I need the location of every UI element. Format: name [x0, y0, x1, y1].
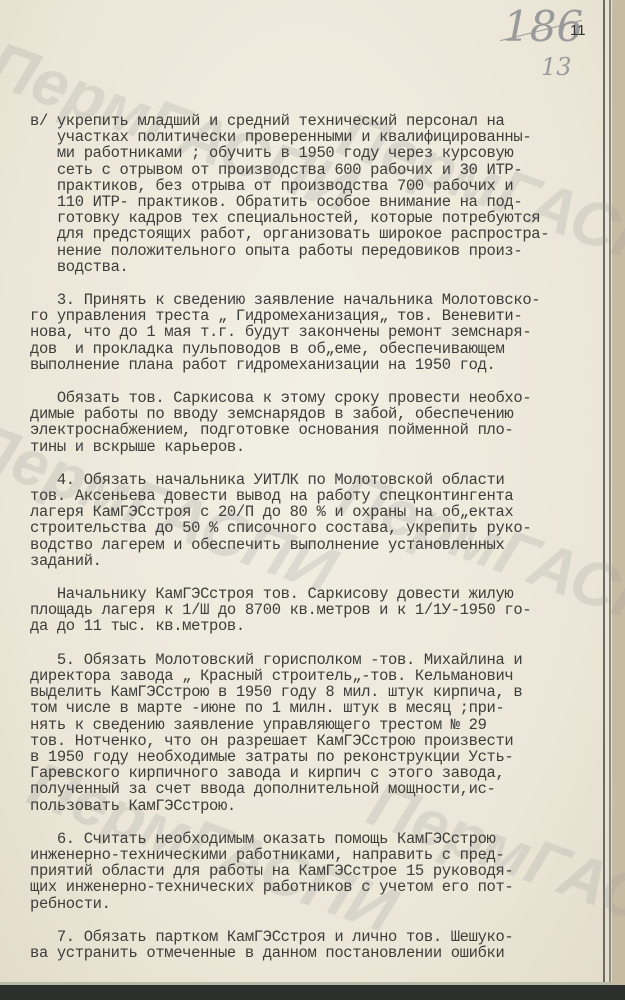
text-line: сеть с отрывом от производства 600 рабоч…: [30, 162, 595, 178]
text-line: ми работниками ; обучить в 1950 году чер…: [30, 145, 595, 161]
paragraph-p3: 3. Принять к сведению заявление начальни…: [30, 292, 595, 373]
text-line: площадь лагеря к 1/Ш до 8700 кв.метров и…: [30, 602, 595, 618]
text-line: водство лагерем и обеспечить выполнение …: [30, 537, 595, 553]
text-line: заданий.: [30, 553, 595, 569]
text-line: выделить КамГЭСстрою в 1950 году 8 мил. …: [30, 684, 595, 700]
text-line: го управления треста „ Гидромеханизация„…: [30, 308, 595, 324]
text-line: тов. Аксеньева довести вывод на работу с…: [30, 488, 595, 504]
text-line: директора завода „ Красный строитель„-то…: [30, 668, 595, 684]
text-line: 110 ИТР- практиков. Обратить особое вним…: [30, 194, 595, 210]
paragraph-p6: 6. Считать необходимым оказать помощь Ка…: [30, 831, 595, 912]
paragraph-p5: 5. Обязать Молотовский горисполком -тов.…: [30, 652, 595, 814]
text-line: ребности.: [30, 896, 595, 912]
text-line: тов. Нотченко, что он разрешает КамГЭСст…: [30, 733, 595, 749]
text-line: лагеря КамГЭСстроя с 20/П до 80 % и охра…: [30, 504, 595, 520]
scan-background: [0, 985, 625, 1000]
text-line: нова, что до 1 мая т.г. будут закончены …: [30, 324, 595, 340]
page-edge: [603, 0, 605, 985]
text-line: 5. Обязать Молотовский горисполком -тов.…: [30, 652, 595, 668]
text-line: готовку кадров тех специальностей, котор…: [30, 210, 595, 226]
text-line: том числе в марте -июне по 1 милн. штук …: [30, 700, 595, 716]
text-line: приятий области для работы на КамГЭСстро…: [30, 863, 595, 879]
text-line: инженерно-техническими работниками, напр…: [30, 847, 595, 863]
text-line: щих инженерно-технических работников с у…: [30, 879, 595, 895]
text-line: Гаревского кирпичного завода и кирпич с …: [30, 765, 595, 781]
text-line: пользовать КамГЭСстрою.: [30, 798, 595, 814]
paragraph-p3b: Обязать тов. Саркисова к этому сроку про…: [30, 390, 595, 455]
text-line: нять к сведению заявление управляющего т…: [30, 717, 595, 733]
text-line: Начальнику КамГЭСстроя тов. Саркисову до…: [30, 586, 595, 602]
page-edge: [609, 0, 611, 985]
text-line: практиков, без отрыва от производства 70…: [30, 178, 595, 194]
text-line: 7. Обязать партком КамГЭСстроя и лично т…: [30, 929, 595, 945]
document-body: в/ укрепить младший и средний технически…: [30, 113, 595, 978]
text-line: да до 11 тыс. кв.метров.: [30, 618, 595, 634]
text-line: электроснабжением, подготовке основания …: [30, 422, 595, 438]
text-line: в 1950 году необходимые затраты по рекон…: [30, 749, 595, 765]
text-line: тины и вскрыше карьеров.: [30, 439, 595, 455]
text-line: 3. Принять к сведению заявление начальни…: [30, 292, 595, 308]
text-line: ва устранить отмеченные в данном постано…: [30, 945, 595, 961]
binder-strip: [612, 0, 625, 985]
text-line: выполнение плана работ гидромеханизации …: [30, 357, 595, 373]
page-number: 11: [570, 22, 586, 39]
handwritten-page-number: 13: [541, 53, 572, 81]
text-line: строительства до 50 % списочного состава…: [30, 520, 595, 536]
text-line: водства.: [30, 259, 595, 275]
text-line: димые работы по вводу земснарядов в забо…: [30, 406, 595, 422]
paragraph-p7: 7. Обязать партком КамГЭСстроя и лично т…: [30, 929, 595, 961]
text-line: участках политически проверенными и квал…: [30, 129, 595, 145]
paragraph-p4: 4. Обязать начальника УИТЛК по Молотовск…: [30, 472, 595, 569]
text-line: нение положительного опыта работы передо…: [30, 243, 595, 259]
text-line: для предстоящих работ, организовать широ…: [30, 226, 595, 242]
text-line: 4. Обязать начальника УИТЛК по Молотовск…: [30, 472, 595, 488]
text-line: полученный за счет ввода дополнительной …: [30, 781, 595, 797]
paragraph-p4b: Начальнику КамГЭСстроя тов. Саркисову до…: [30, 586, 595, 635]
text-line: в/ укрепить младший и средний технически…: [30, 113, 595, 129]
text-line: 6. Считать необходимым оказать помощь Ка…: [30, 831, 595, 847]
text-line: Обязать тов. Саркисова к этому сроку про…: [30, 390, 595, 406]
text-line: дов и прокладка пульповодов в об„еме, об…: [30, 341, 595, 357]
paragraph-v: в/ укрепить младший и средний технически…: [30, 113, 595, 275]
